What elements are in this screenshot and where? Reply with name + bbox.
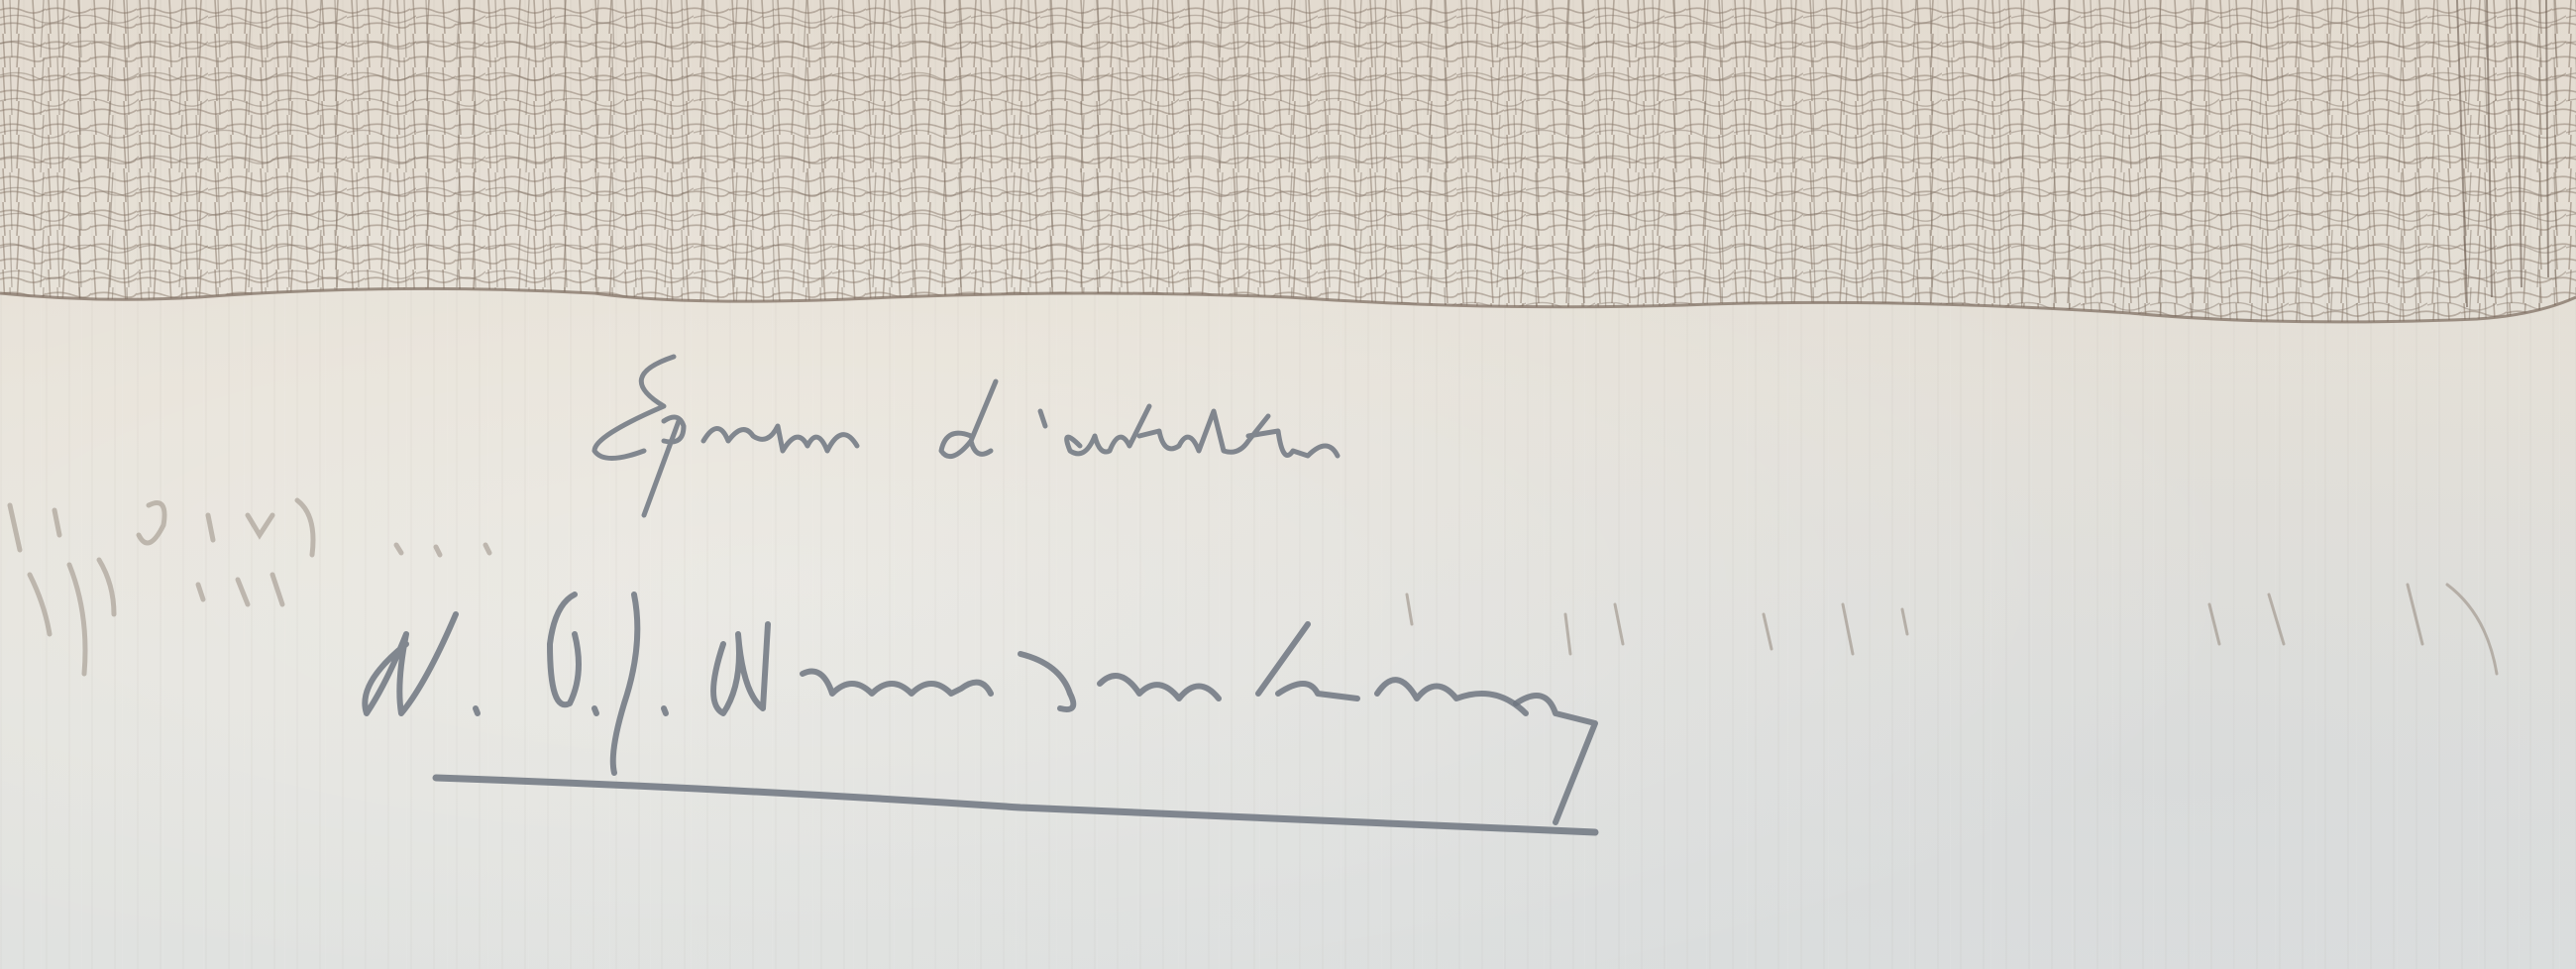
inscription-epreuve-dartiste: Epreuve d'artiste [555, 327, 2140, 525]
stray-pencil-marks [1387, 575, 2576, 773]
etched-plate-area [0, 0, 2576, 327]
etching-hatching-graphic [0, 0, 2576, 327]
inscription-handwriting-graphic [555, 327, 2140, 525]
etching-margin-photo: faint offset pencil marks (illegible) [0, 0, 2576, 969]
stray-marks-graphic [1387, 575, 2576, 773]
